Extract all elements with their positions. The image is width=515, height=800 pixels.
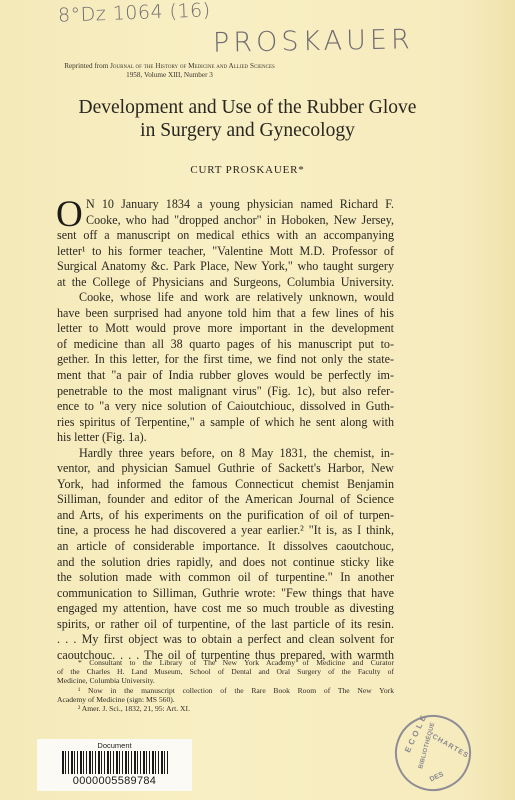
barcode-number: 0000005589784 (37, 775, 192, 787)
body-line: Cooke, who had "dropped anchor" in Hobok… (57, 213, 394, 229)
reprint-prefix: Reprinted from (64, 62, 110, 70)
handwritten-catalog-id: 8°Dz 1064 (16) (58, 0, 211, 27)
article-title-line-2: in Surgery and Gynecology (0, 120, 505, 142)
body-line: . . . My first object was to obtain a pe… (57, 632, 394, 648)
barcode-title: Document (37, 741, 192, 750)
article-author: CURT PROSKAUER* (0, 164, 505, 176)
body-line: his letter (Fig. 1a). (57, 430, 394, 446)
footnote-line: of the Charles H. Land Museum, School of… (57, 667, 394, 676)
body-line: the solution made with common oil of tur… (57, 570, 394, 586)
body-line: ment that "a pair of India rubber gloves… (57, 368, 394, 384)
footnote-line: Medicine, Columbia University. (57, 676, 394, 685)
footnote-line: * Consultant to the Library of The New Y… (57, 658, 394, 667)
body-line: have been surprised had anyone told him … (57, 306, 394, 322)
barcode-label: Document 0000005589784 (37, 739, 192, 791)
body-line: and Arts, of his experiments on the puri… (57, 508, 394, 524)
stamp-text-bottom: DES (429, 771, 445, 783)
handwritten-author-name: PROSKAUER (213, 24, 414, 58)
body-line: N 10 January 1834 a young physician name… (57, 197, 394, 213)
body-line: tine, a process he had discovered a year… (57, 523, 394, 539)
body-line: Silliman, founder and editor of the Amer… (57, 492, 394, 508)
body-line: at the College of Physicians and Surgeon… (57, 275, 394, 291)
body-line: engaged my attention, have cost me so mu… (57, 601, 394, 617)
footnote-line: Academy of Medicine (sign: MS 560). (57, 695, 394, 704)
body-line: spirits, or rather oil of turpentine, of… (57, 617, 394, 633)
body-line: ence to "a very nice solution of Caioutc… (57, 399, 394, 415)
body-line: communication to Silliman, Guthrie wrote… (57, 586, 394, 602)
footnote-line: ¹ Now in the manuscript collection of th… (57, 686, 394, 695)
body-line: Hardly three years before, on 8 May 1831… (57, 446, 394, 462)
body-line: York, had informed the famous Connecticu… (57, 477, 394, 493)
body-line: ventor, and physician Samuel Guthrie of … (57, 461, 394, 477)
article-body: N 10 January 1834 a young physician name… (57, 197, 394, 663)
body-line: ries spiritus of Terpentine," a sample o… (57, 415, 394, 431)
body-line: penetrable to the most malignant virus" … (57, 384, 394, 400)
body-line: an article of considerable importance. I… (57, 539, 394, 555)
body-line: sent off a manuscript on medical ethics … (57, 228, 394, 244)
body-line: of medicine than all 38 quarto pages of … (57, 337, 394, 353)
body-line: Cooke, whose life and work are relativel… (57, 290, 394, 306)
footnote-line: ² Amer. J. Sci., 1832, 21, 95: Art. XI. (57, 704, 394, 713)
barcode-icon (62, 751, 168, 774)
footnotes: * Consultant to the Library of The New Y… (57, 658, 394, 713)
body-line: and the solution dries rapidly, and does… (57, 555, 394, 571)
article-title-line-1: Development and Use of the Rubber Glove (0, 97, 505, 119)
body-line: Surgical Anatomy &c. Park Place, New Yor… (57, 259, 394, 275)
body-line: letter¹ to his former teacher, "Valentin… (57, 244, 394, 260)
journal-name: Journal of the History of Medicine and A… (110, 62, 275, 70)
library-stamp-icon: ECOLE CHARTES DES BIBLIOTHÈQUE (383, 703, 484, 800)
reprint-volume-line: 1958, Volume XIII, Number 3 (0, 71, 427, 79)
body-line: gether. In this letter, for the first ti… (57, 352, 394, 368)
stamp-text-right: CHARTES (431, 733, 470, 759)
body-line: letter to Mott would prove more importan… (57, 321, 394, 337)
reprint-source-line: Reprinted from Journal of the History of… (0, 62, 427, 70)
